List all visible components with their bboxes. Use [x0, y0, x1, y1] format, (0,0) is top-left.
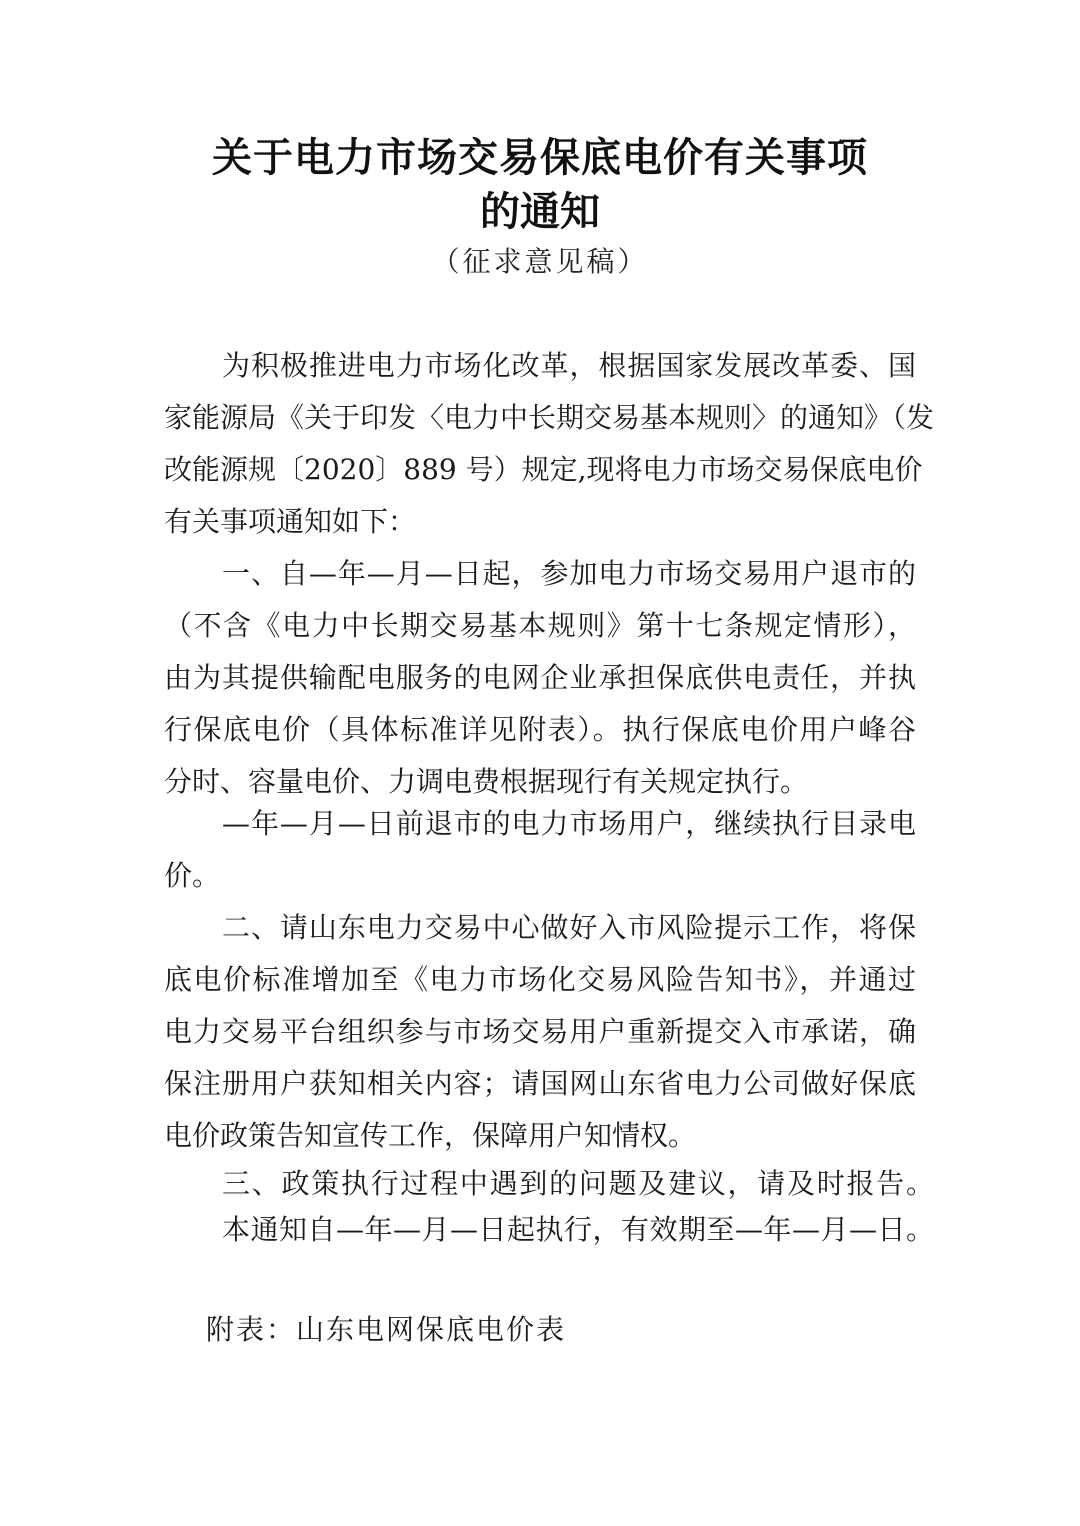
document-title-line-1: 关于电力市场交易保底电价有关事项	[0, 134, 1080, 182]
paragraph-line: 二、请山东电力交易中心做好入市风险提示工作，将保	[222, 908, 916, 948]
paragraph-line: 改能源规〔2020〕889 号）规定,现将电力市场交易保底电价	[164, 450, 916, 490]
paragraph-line: 底电价标准增加至《电力市场化交易风险告知书》，并通过	[164, 960, 916, 1000]
paragraph-line: 三、政策执行过程中遇到的问题及建议，请及时报告。	[222, 1164, 934, 1204]
paragraph-line: 一、自—年—月—日起，参加电力市场交易用户退市的	[222, 554, 916, 594]
paragraph-line: 电力交易平台组织参与市场交易用户重新提交入市承诺，确	[164, 1012, 916, 1052]
paragraph-line: 为积极推进电力市场化改革，根据国家发展改革委、国	[222, 346, 916, 386]
paragraph-line: 价。	[164, 856, 916, 896]
paragraph-line: 保注册用户获知相关内容；请国网山东省电力公司做好保底	[164, 1064, 916, 1104]
paragraph-line: 有关事项通知如下：	[164, 502, 916, 542]
document-page: 关于电力市场交易保底电价有关事项 的通知 （征求意见稿） 为积极推进电力市场化改…	[0, 0, 1080, 1526]
paragraph-line: 行保底电价（具体标准详见附表）。执行保底电价用户峰谷	[164, 710, 916, 750]
paragraph-line: 分时、容量电价、力调电费根据现行有关规定执行。	[164, 762, 916, 802]
paragraph-line: 家能源局《关于印发〈电力中长期交易基本规则〉的通知》（发	[164, 398, 916, 438]
document-title-line-2: 的通知	[0, 188, 1080, 236]
paragraph-line: —年—月—日前退市的电力市场用户，继续执行目录电	[222, 804, 916, 844]
paragraph-line: 电价政策告知宣传工作，保障用户知情权。	[164, 1116, 916, 1156]
attachment-reference: 附表：山东电网保底电价表	[206, 1310, 606, 1350]
paragraph-line: 本通知自—年—月—日起执行，有效期至—年—月—日。	[222, 1210, 934, 1250]
document-subtitle: （征求意见稿）	[0, 244, 1080, 280]
paragraph-line: （不含《电力中长期交易基本规则》第十七条规定情形），	[164, 606, 916, 646]
paragraph-line: 由为其提供输配电服务的电网企业承担保底供电责任，并执	[164, 658, 916, 698]
